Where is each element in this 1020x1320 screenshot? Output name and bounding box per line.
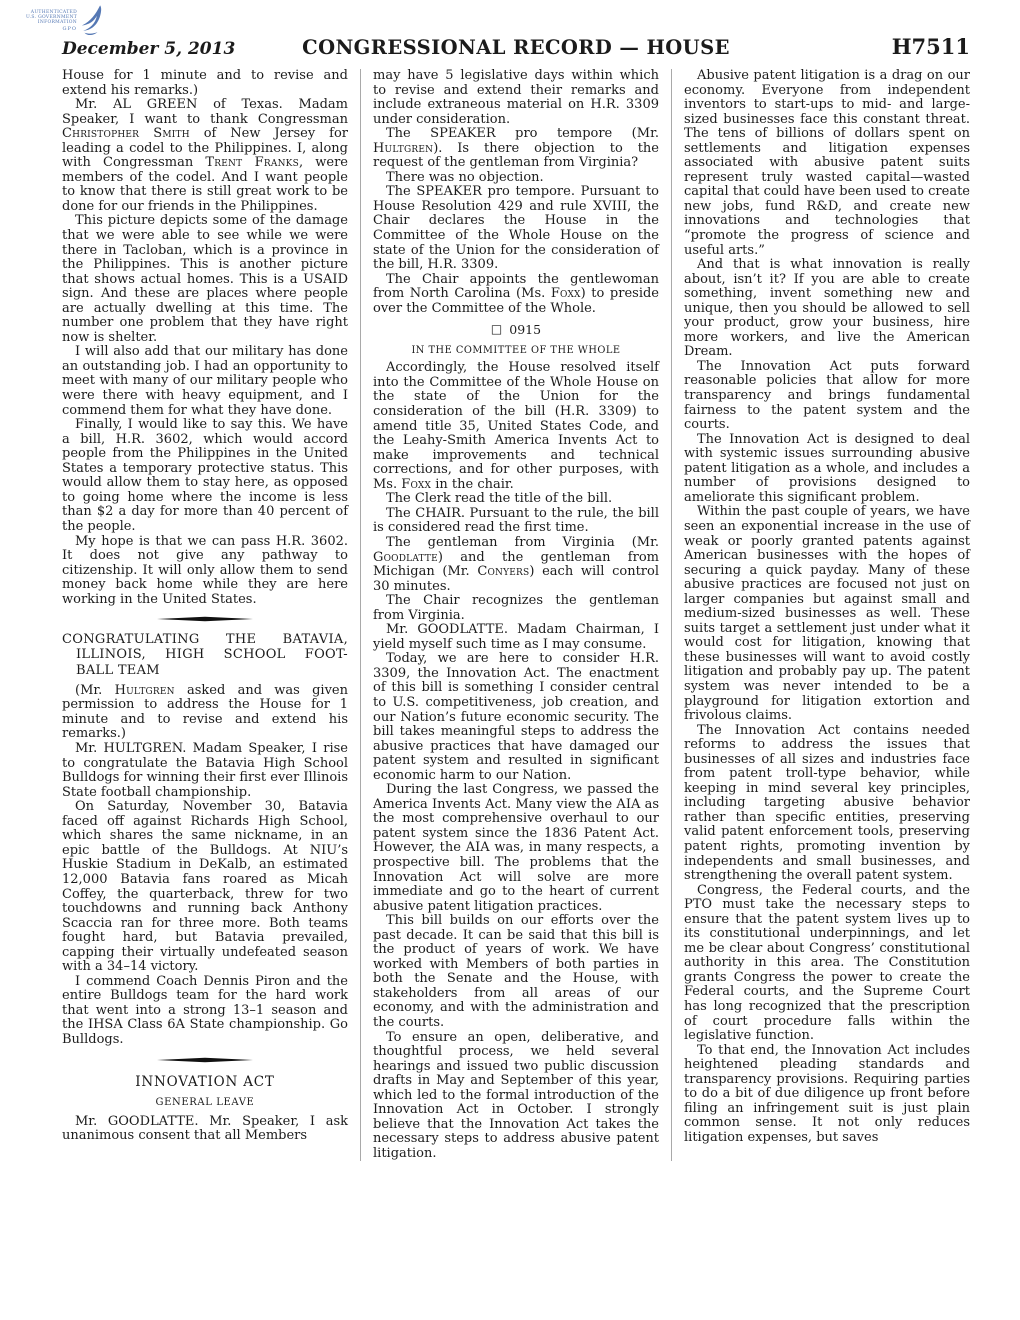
paragraph: This bill builds on our efforts over the… (373, 914, 659, 1030)
paragraph: The SPEAKER pro tempore. Pursuant to Hou… (373, 185, 659, 272)
gpo-logo-text: AUTHENTICATEDU.S. GOVERNMENTINFORMATION (26, 10, 77, 25)
member-name: Christopher Smith (62, 126, 190, 141)
gpo-eagle-swoosh-icon (78, 4, 104, 38)
paragraph: The gentleman from Virginia (Mr. Goodlat… (373, 536, 659, 594)
paragraph: may have 5 legislative days within which… (373, 69, 659, 127)
paragraph: The Innovation Act is designed to deal w… (684, 433, 970, 506)
paragraph: The SPEAKER pro tempore (Mr. Hultgren). … (373, 127, 659, 171)
paragraph: On Saturday, November 30, Batavia faced … (62, 800, 348, 975)
text-columns: House for 1 minute and to revise and ext… (62, 69, 970, 1161)
paragraph: The Clerk read the title of the bill. (373, 492, 659, 507)
committee-heading: IN THE COMMITTEE OF THE WHOLE (373, 344, 659, 359)
paragraph: This picture depicts some of the damage … (62, 214, 348, 345)
gpo-logo-gpo-label: GPO (26, 26, 77, 32)
paragraph: Accordingly, the House resolved itself i… (373, 361, 659, 492)
congressional-record-page: AUTHENTICATEDU.S. GOVERNMENTINFORMATION … (0, 0, 1020, 1320)
paragraph: Congress, the Federal courts, and the PT… (684, 884, 970, 1044)
paragraph: There was no objection. (373, 171, 659, 186)
paragraph: And that is what innovation is really ab… (684, 258, 970, 360)
paragraph: The Chair recognizes the gentleman from … (373, 594, 659, 623)
square-bullet-icon: □ (491, 322, 502, 336)
member-name: Goodlatte (373, 550, 438, 565)
paragraph: To that end, the Innovation Act includes… (684, 1044, 970, 1146)
paragraph: Today, we are here to consider H.R. 3309… (373, 652, 659, 783)
masthead: December 5, 2013 CONGRESSIONAL RECORD — … (62, 34, 970, 59)
section-divider-rule (62, 607, 348, 630)
section-subheading: GENERAL LEAVE (62, 1096, 348, 1111)
issue-date: December 5, 2013 (62, 39, 289, 59)
page-number: H7511 (743, 34, 970, 59)
paragraph: To ensure an open, deliberative, and tho… (373, 1031, 659, 1162)
paragraph: Finally, I would like to say this. We ha… (62, 418, 348, 534)
section-heading-line: CONGRATULATING THE BATAVIA, (62, 632, 348, 647)
member-name: Foxx (401, 477, 431, 492)
paragraph: Mr. GOODLATTE. Madam Chairman, I yield m… (373, 623, 659, 652)
section-heading: INNOVATION ACT (62, 1075, 348, 1090)
column-2: may have 5 legislative days within which… (360, 69, 659, 1161)
paragraph: My hope is that we can pass H.R. 3602. I… (62, 535, 348, 608)
paragraph: I commend Coach Dennis Piron and the ent… (62, 975, 348, 1048)
section-heading-line: ILLINOIS, HIGH SCHOOL FOOT- (62, 647, 348, 662)
member-name: Trent Franks (205, 155, 299, 170)
paragraph: Mr. GOODLATTE. Mr. Speaker, I ask unanim… (62, 1115, 348, 1144)
member-name: Conyers (477, 564, 529, 579)
paragraph: The Innovation Act contains needed refor… (684, 724, 970, 884)
column-3: Abusive patent litigation is a drag on o… (671, 69, 970, 1161)
member-name: Foxx (551, 286, 581, 301)
paragraph: I will also add that our military has do… (62, 345, 348, 418)
section-divider-rule (62, 1048, 348, 1071)
paragraph: During the last Congress, we passed the … (373, 783, 659, 914)
member-name: Hultgren (373, 141, 433, 156)
paragraph: The CHAIR. Pursuant to the rule, the bil… (373, 507, 659, 536)
column-1: House for 1 minute and to revise and ext… (62, 69, 348, 1161)
section-heading: CONGRATULATING THE BATAVIA,ILLINOIS, HIG… (62, 632, 348, 678)
section-heading-line: BALL TEAM (62, 663, 348, 678)
paragraph: Mr. HULTGREN. Madam Speaker, I rise to c… (62, 742, 348, 800)
paragraph: Within the past couple of years, we have… (684, 505, 970, 723)
paragraph: House for 1 minute and to revise and ext… (62, 69, 348, 98)
time-marker: □0915 (373, 323, 659, 338)
paragraph: (Mr. Hultgren asked and was given permis… (62, 684, 348, 742)
member-name: Hultgren (115, 683, 175, 698)
gpo-authentication-logo: AUTHENTICATEDU.S. GOVERNMENTINFORMATION … (26, 4, 104, 38)
paragraph: Mr. AL GREEN of Texas. Madam Speaker, I … (62, 98, 348, 214)
paragraph: The Innovation Act puts forward reasonab… (684, 360, 970, 433)
paragraph: The Chair appoints the gentlewoman from … (373, 273, 659, 317)
publication-title: CONGRESSIONAL RECORD — HOUSE (289, 36, 743, 59)
paragraph: Abusive patent litigation is a drag on o… (684, 69, 970, 258)
